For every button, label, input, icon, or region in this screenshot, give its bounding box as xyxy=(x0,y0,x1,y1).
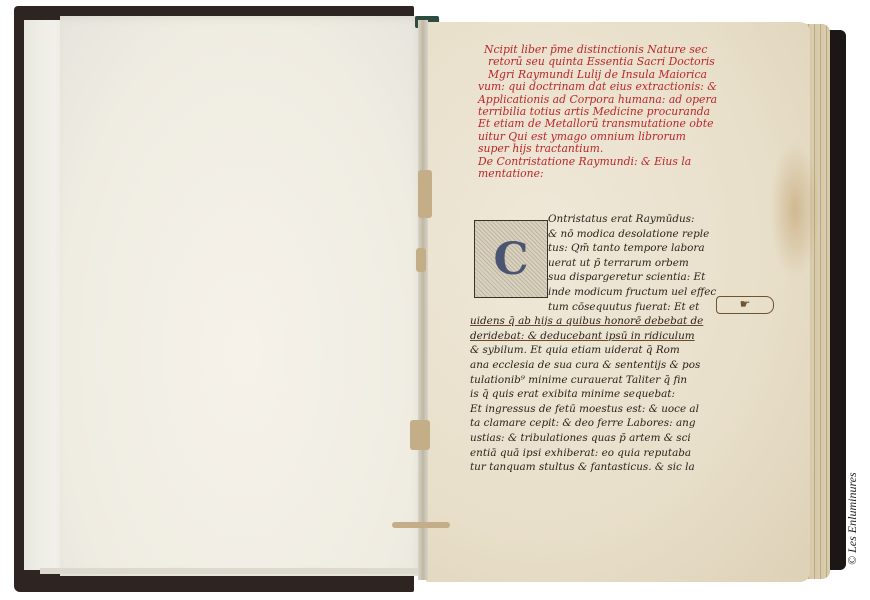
spine-sewing xyxy=(418,20,428,580)
blank-flyleaf-page xyxy=(60,16,426,576)
rubric-heading: Ncipit liber p̄me distinctionis Nature s… xyxy=(478,44,798,180)
text-line: is q̄ quis erat exibita minime sequebat: xyxy=(470,387,800,402)
rubric-line: vum: qui doctrinam dat eius extractionis… xyxy=(478,81,798,93)
text-line: ana ecclesia de sua cura & sententijs & … xyxy=(470,358,800,373)
text-line: deridebat: & deducebant ipsū in ridiculu… xyxy=(470,329,800,344)
sewing-support xyxy=(392,522,450,528)
text-line: uerat ut p̄ terrarum orbem xyxy=(470,256,800,271)
text-line: tus: Qm̄ tanto tempore labora xyxy=(470,241,800,256)
rubric-line: mentatione: xyxy=(478,168,798,180)
body-text: Ontristatus erat Raymūdus: & nō modica d… xyxy=(470,212,800,475)
text-line: uidens q̄ ab hijs a quibus honorē debeba… xyxy=(470,314,800,329)
text-line: Ontristatus erat Raymūdus: xyxy=(470,212,800,227)
text-line: & sybilum. Et quia etiam uiderat q̄ Rom xyxy=(470,343,800,358)
rubric-line: super hijs tractantium. xyxy=(478,143,798,155)
text-line: ta clamare cepit: & deo ferre Labores: a… xyxy=(470,416,800,431)
text-line: sua dispargeretur scientia: Et xyxy=(470,270,800,285)
rubric-line: Et etiam de Metallorū transmutatione obt… xyxy=(478,118,798,130)
flyleaf-bottom-edge xyxy=(40,568,420,574)
text-line: tulationib⁹ minime curauerat Taliter q̄ … xyxy=(470,373,800,388)
text-line: ustias: & tribulationes quas p̄ artem & … xyxy=(470,431,800,446)
text-line: entiā quā ipsi exhiberat: eo quia reputa… xyxy=(470,446,800,461)
sewing-support xyxy=(418,170,432,218)
copyright-watermark: © Les Enluminures xyxy=(845,472,860,565)
text-line: & nō modica desolatione reple xyxy=(470,227,800,242)
sewing-support xyxy=(410,420,430,450)
text-line: tur tanquam stultus & fantasticus. & sic… xyxy=(470,460,800,475)
rubric-line: retorū seu quinta Essentia Sacri Doctori… xyxy=(478,56,798,68)
text-line: Et ingressus de fetū moestus est: & uoce… xyxy=(470,402,800,417)
sewing-support xyxy=(416,248,426,272)
manicule-pointing-hand-icon: ☛ xyxy=(716,296,774,314)
